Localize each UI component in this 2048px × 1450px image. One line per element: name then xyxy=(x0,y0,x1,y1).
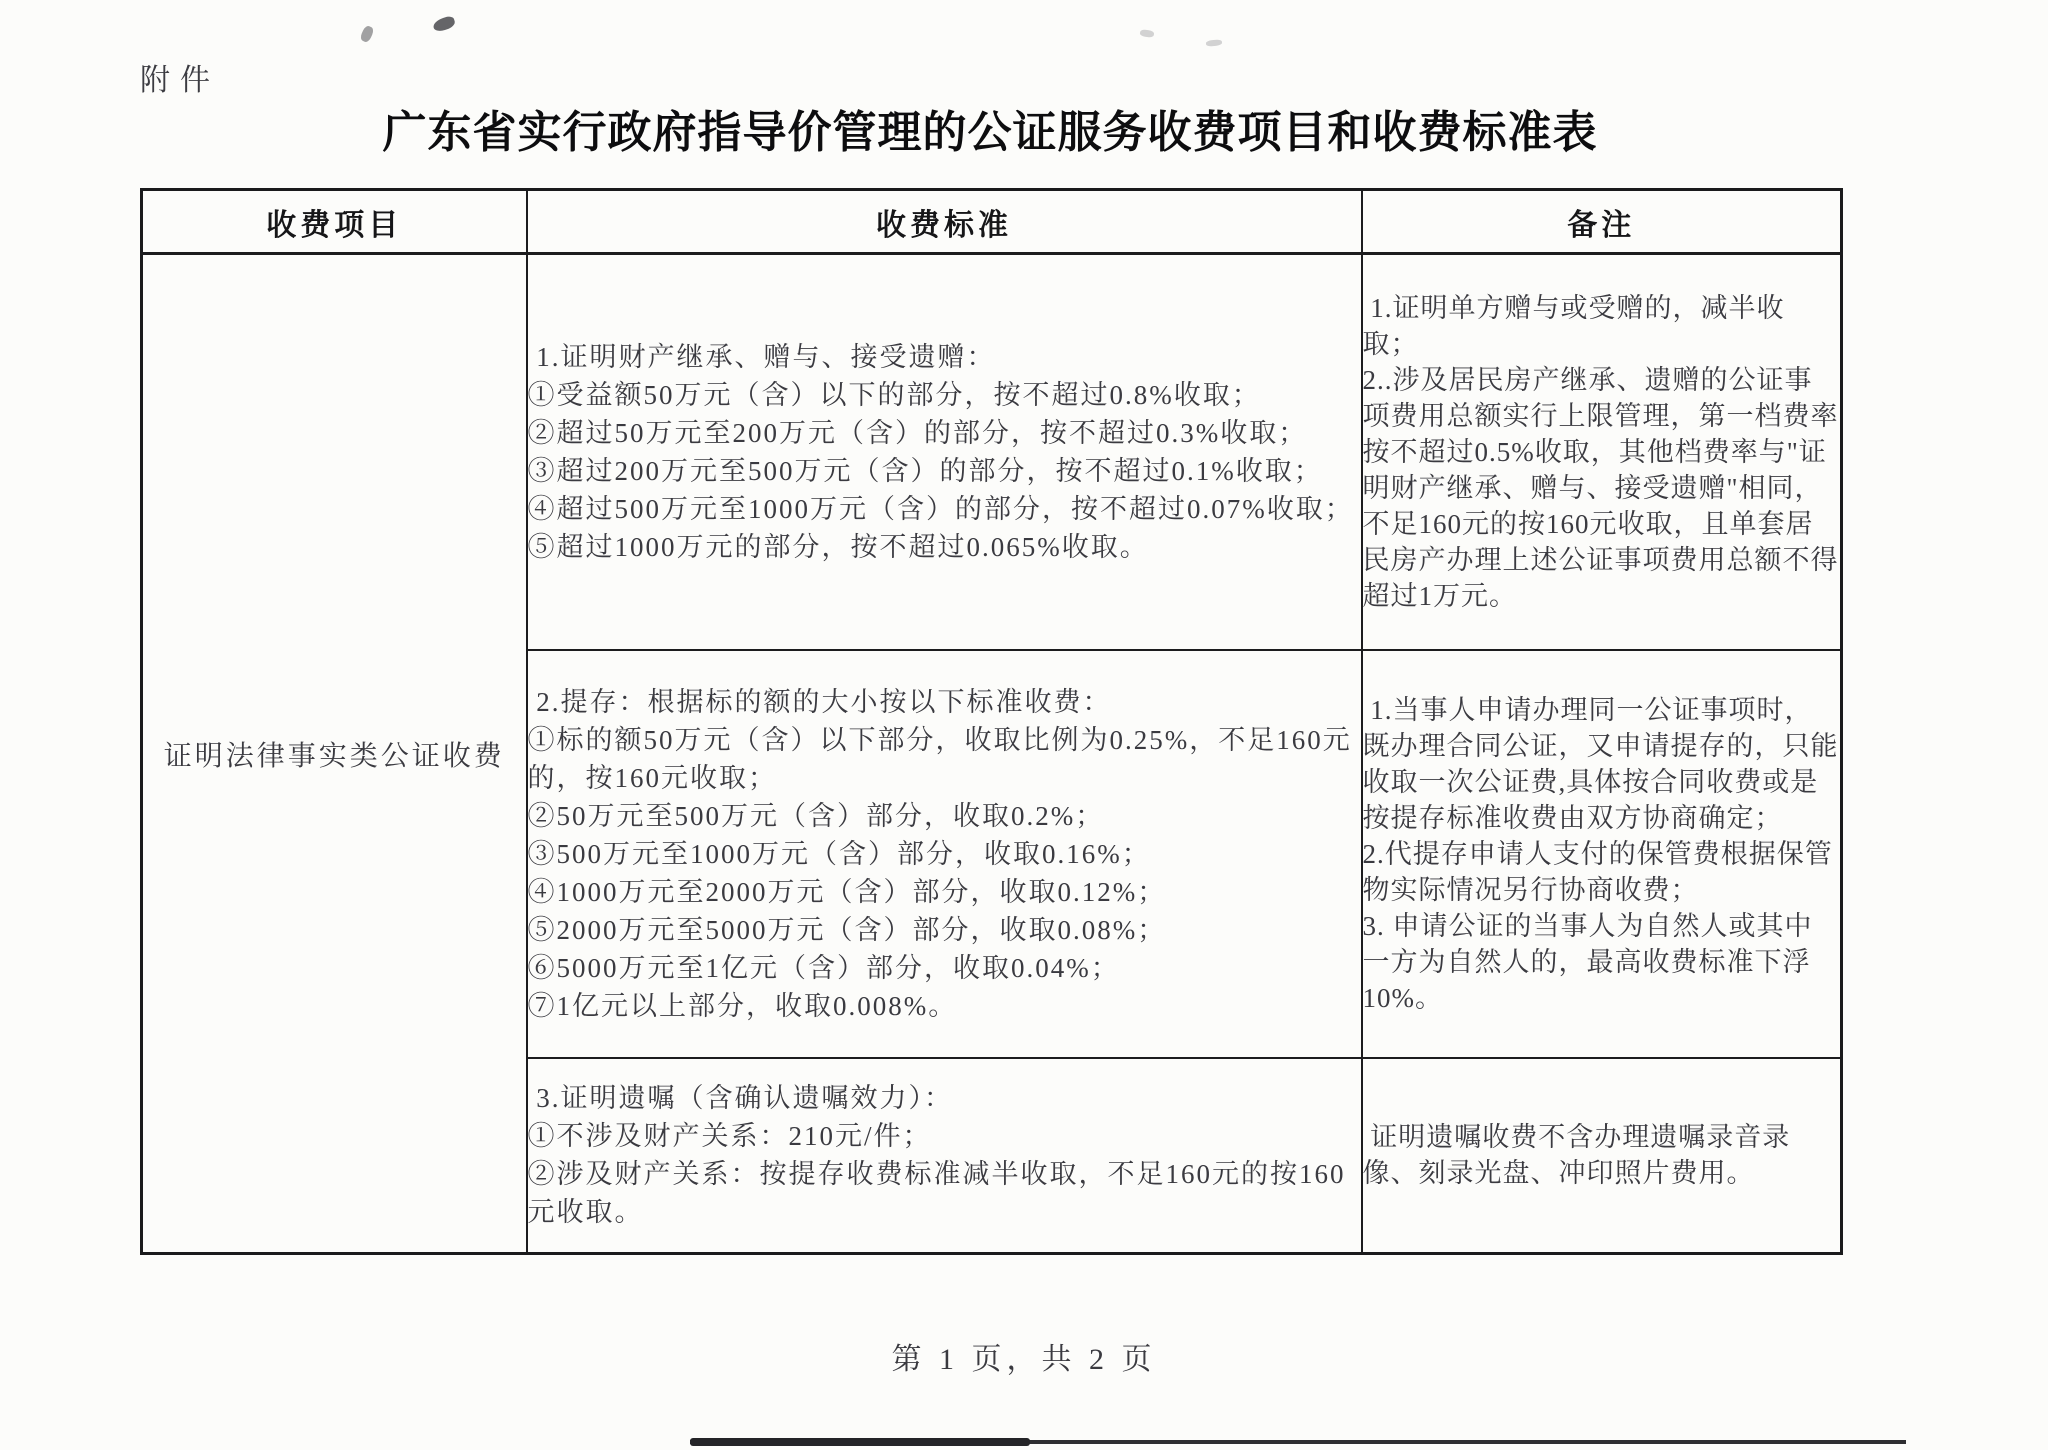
remark-cell-inheritance: 1.证明单方赠与或受赠的，减半收取；2..涉及居民房产继承、遗赠的公证事项费用总… xyxy=(1362,254,1842,650)
fee-standard-cell-deposit: 2.提存：根据标的额的大小按以下标准收费：①标的额50万元（含）以下部分，收取比… xyxy=(527,650,1362,1058)
remark-cell-deposit: 1.当事人申请办理同一公证事项时，既办理合同公证，又申请提存的，只能收取一次公证… xyxy=(1362,650,1842,1058)
fee-standard-cell-will: 3.证明遗嘱（含确认遗嘱效力）：①不涉及财产关系：210元/件；②涉及财产关系：… xyxy=(527,1058,1362,1254)
scan-artifact xyxy=(1140,29,1155,38)
attachment-label: 附件 xyxy=(140,55,220,99)
fee-table: 收费项目 收费标准 备注 证明法律事实类公证收费 1.证明财产继承、赠与、接受遗… xyxy=(140,188,1843,1255)
remark-cell-will: 证明遗嘱收费不含办理遗嘱录音录像、刻录光盘、冲印照片费用。 xyxy=(1362,1058,1842,1254)
col-header-fee-standard: 收费标准 xyxy=(527,190,1362,254)
scan-artifact xyxy=(1206,39,1223,47)
fee-item-cell: 证明法律事实类公证收费 xyxy=(142,254,527,1254)
page-number: 第 1 页，共 2 页 xyxy=(0,1334,2048,1378)
page-title: 广东省实行政府指导价管理的公证服务收费项目和收费标准表 xyxy=(140,96,1840,160)
scan-artifact xyxy=(690,1438,1030,1446)
col-header-fee-item: 收费项目 xyxy=(142,190,527,254)
scan-artifact xyxy=(359,25,375,44)
table-row-inheritance: 证明法律事实类公证收费 1.证明财产继承、赠与、接受遗赠：①受益额50万元（含）… xyxy=(142,254,1842,650)
fee-standard-cell-inheritance: 1.证明财产继承、赠与、接受遗赠：①受益额50万元（含）以下的部分，按不超过0.… xyxy=(527,254,1362,650)
table-header-row: 收费项目 收费标准 备注 xyxy=(142,190,1842,254)
scan-artifact xyxy=(432,15,457,33)
col-header-remark: 备注 xyxy=(1362,190,1842,254)
